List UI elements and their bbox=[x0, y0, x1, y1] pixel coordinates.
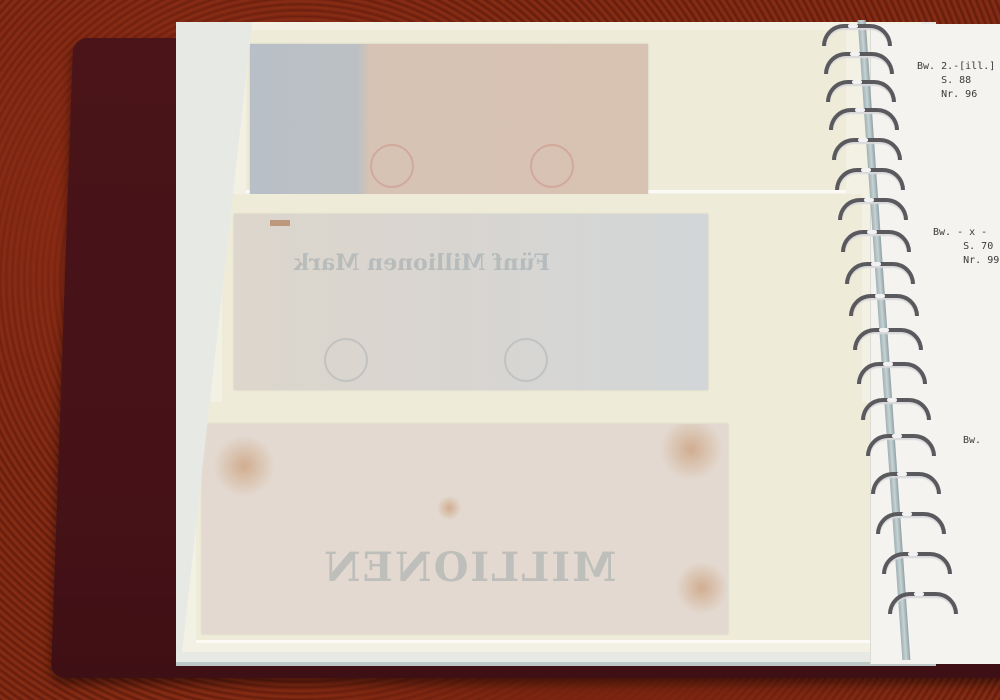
catalog-note-1: Bw. 2.-[ill.] - S. 88 Nr. 96 bbox=[917, 60, 1000, 102]
note-1-line-3: Nr. 96 bbox=[941, 89, 977, 100]
catalog-note-2: Bw. - x - S. 70 Nr. 99 bbox=[933, 226, 999, 268]
ring-icon bbox=[866, 434, 936, 456]
note-1-line-2: S. 88 bbox=[941, 75, 971, 86]
banknote-1 bbox=[250, 44, 648, 196]
banknote-3-text: MILLIONEN bbox=[322, 544, 616, 591]
ring-icon bbox=[871, 472, 941, 494]
ring-icon bbox=[822, 24, 892, 46]
stain-mark bbox=[270, 220, 290, 226]
ring-icon bbox=[829, 108, 899, 130]
photo-scene: Fünf Millionen Mark MILLIONEN Bw. 2.-[il… bbox=[0, 0, 1000, 700]
ring-icon bbox=[857, 362, 927, 384]
note-2-line-3: Nr. 99 bbox=[963, 255, 999, 266]
ring-icon bbox=[888, 592, 958, 614]
note-1-line-1: Bw. 2.-[ill.] - bbox=[917, 61, 1000, 72]
ring-icon bbox=[824, 52, 894, 74]
ring-icon bbox=[845, 262, 915, 284]
note-2-line-2: S. 70 bbox=[963, 241, 993, 252]
ring-icon bbox=[835, 168, 905, 190]
ring-icon bbox=[838, 198, 908, 220]
album-page-left: Fünf Millionen Mark MILLIONEN bbox=[182, 22, 922, 652]
note-3-line-1: Bw. bbox=[963, 435, 981, 446]
banknote-2-text: Fünf Millionen Mark bbox=[294, 250, 550, 276]
banknote-seal bbox=[370, 144, 414, 188]
ring-icon bbox=[861, 398, 931, 420]
banknote-seal bbox=[504, 338, 548, 382]
banknote-seal bbox=[530, 144, 574, 188]
ring-icon bbox=[876, 512, 946, 534]
banknote-3: MILLIONEN bbox=[202, 424, 728, 634]
ring-icon bbox=[832, 138, 902, 160]
ring-icon bbox=[853, 328, 923, 350]
note-2-line-1: Bw. - x - bbox=[933, 227, 987, 238]
ring-icon bbox=[841, 230, 911, 252]
catalog-note-3: Bw. S. - Nr. bbox=[963, 434, 1000, 476]
banknote-2: Fünf Millionen Mark bbox=[234, 214, 708, 390]
banknote-seal bbox=[324, 338, 368, 382]
ring-icon bbox=[826, 80, 896, 102]
ring-icon bbox=[882, 552, 952, 574]
ring-icon bbox=[849, 294, 919, 316]
